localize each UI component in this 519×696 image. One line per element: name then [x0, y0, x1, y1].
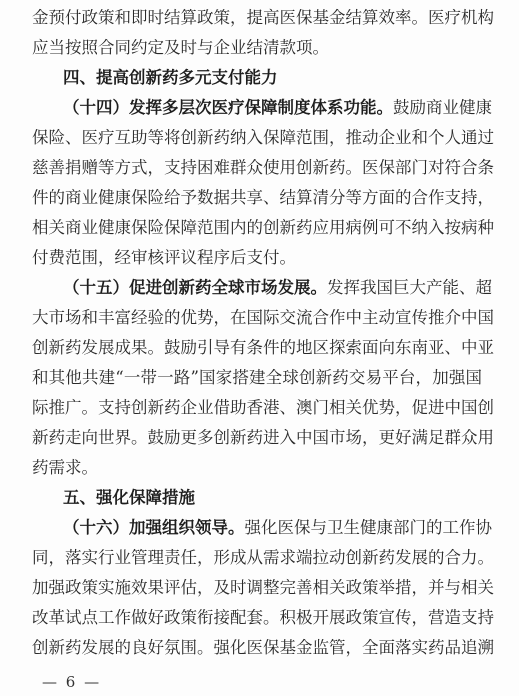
body-line: 创新药发展成果。鼓励引导有条件的地区探索面向东南亚、中亚: [32, 333, 482, 363]
document-body: 金预付政策和即时结算政策，提高医保基金结算效率。医疗机构 应当按照合同约定及时与…: [32, 3, 482, 663]
clause-text: 鼓励商业健康: [393, 98, 492, 117]
clause-16-first-line: （十六）加强组织领导。强化医保与卫生健康部门的工作协: [32, 513, 482, 543]
page-number: — 6 —: [42, 670, 101, 694]
body-line: 大市场和丰富经验的优势，在国际交流合作中主动宣传推介中国: [32, 303, 482, 333]
clause-text: 发挥我国巨大产能、超: [327, 278, 492, 297]
body-line: 和其他共建“一带一路”国家搭建全球创新药交易平台，加强国: [32, 363, 482, 393]
section-heading-5: 五、强化保障措施: [32, 483, 482, 513]
clause-text: 强化医保与卫生健康部门的工作协: [245, 518, 493, 537]
body-line: 创新药发展的良好氛围。强化医保基金监管，全面落实药品追溯: [32, 633, 482, 663]
body-line: 付费范围，经审核评议程序后支付。: [32, 243, 482, 273]
body-line: 加强政策实施效果评估，及时调整完善相关政策举措，并与相关: [32, 573, 482, 603]
body-line: 金预付政策和即时结算政策，提高医保基金结算效率。医疗机构: [32, 3, 482, 33]
body-line: 应当按照合同约定及时与企业结清款项。: [32, 33, 482, 63]
clause-title: （十六）加强组织领导。: [63, 518, 245, 537]
body-line: 药需求。: [32, 453, 482, 483]
body-line: 相关商业健康保险保障范围内的创新药应用病例可不纳入按病种: [32, 213, 482, 243]
clause-title: （十五）促进创新药全球市场发展。: [63, 278, 327, 297]
clause-14-first-line: （十四）发挥多层次医疗保障制度体系功能。鼓励商业健康: [32, 93, 482, 123]
body-line: 保险、医疗互助等将创新药纳入保障范围，推动企业和个人通过: [32, 123, 482, 153]
body-line: 际推广。支持创新药企业借助香港、澳门相关优势，促进中国创: [32, 393, 482, 423]
body-line: 改革试点工作做好政策衔接配套。积极开展政策宣传，营造支持: [32, 603, 482, 633]
section-heading-4: 四、提高创新药多元支付能力: [32, 63, 482, 93]
body-line: 新药走向世界。鼓励更多创新药进入中国市场，更好满足群众用: [32, 423, 482, 453]
clause-title: （十四）发挥多层次医疗保障制度体系功能。: [63, 98, 393, 117]
clause-15-first-line: （十五）促进创新药全球市场发展。发挥我国巨大产能、超: [32, 273, 482, 303]
document-page: 金预付政策和即时结算政策，提高医保基金结算效率。医疗机构 应当按照合同约定及时与…: [0, 0, 519, 696]
body-line: 件的商业健康保险给予数据共享、结算清分等方面的合作支持，: [32, 183, 482, 213]
body-line: 慈善捐赠等方式，支持困难群众使用创新药。医保部门对符合条: [32, 153, 482, 183]
body-line: 同，落实行业管理责任，形成从需求端拉动创新药发展的合力。: [32, 543, 482, 573]
